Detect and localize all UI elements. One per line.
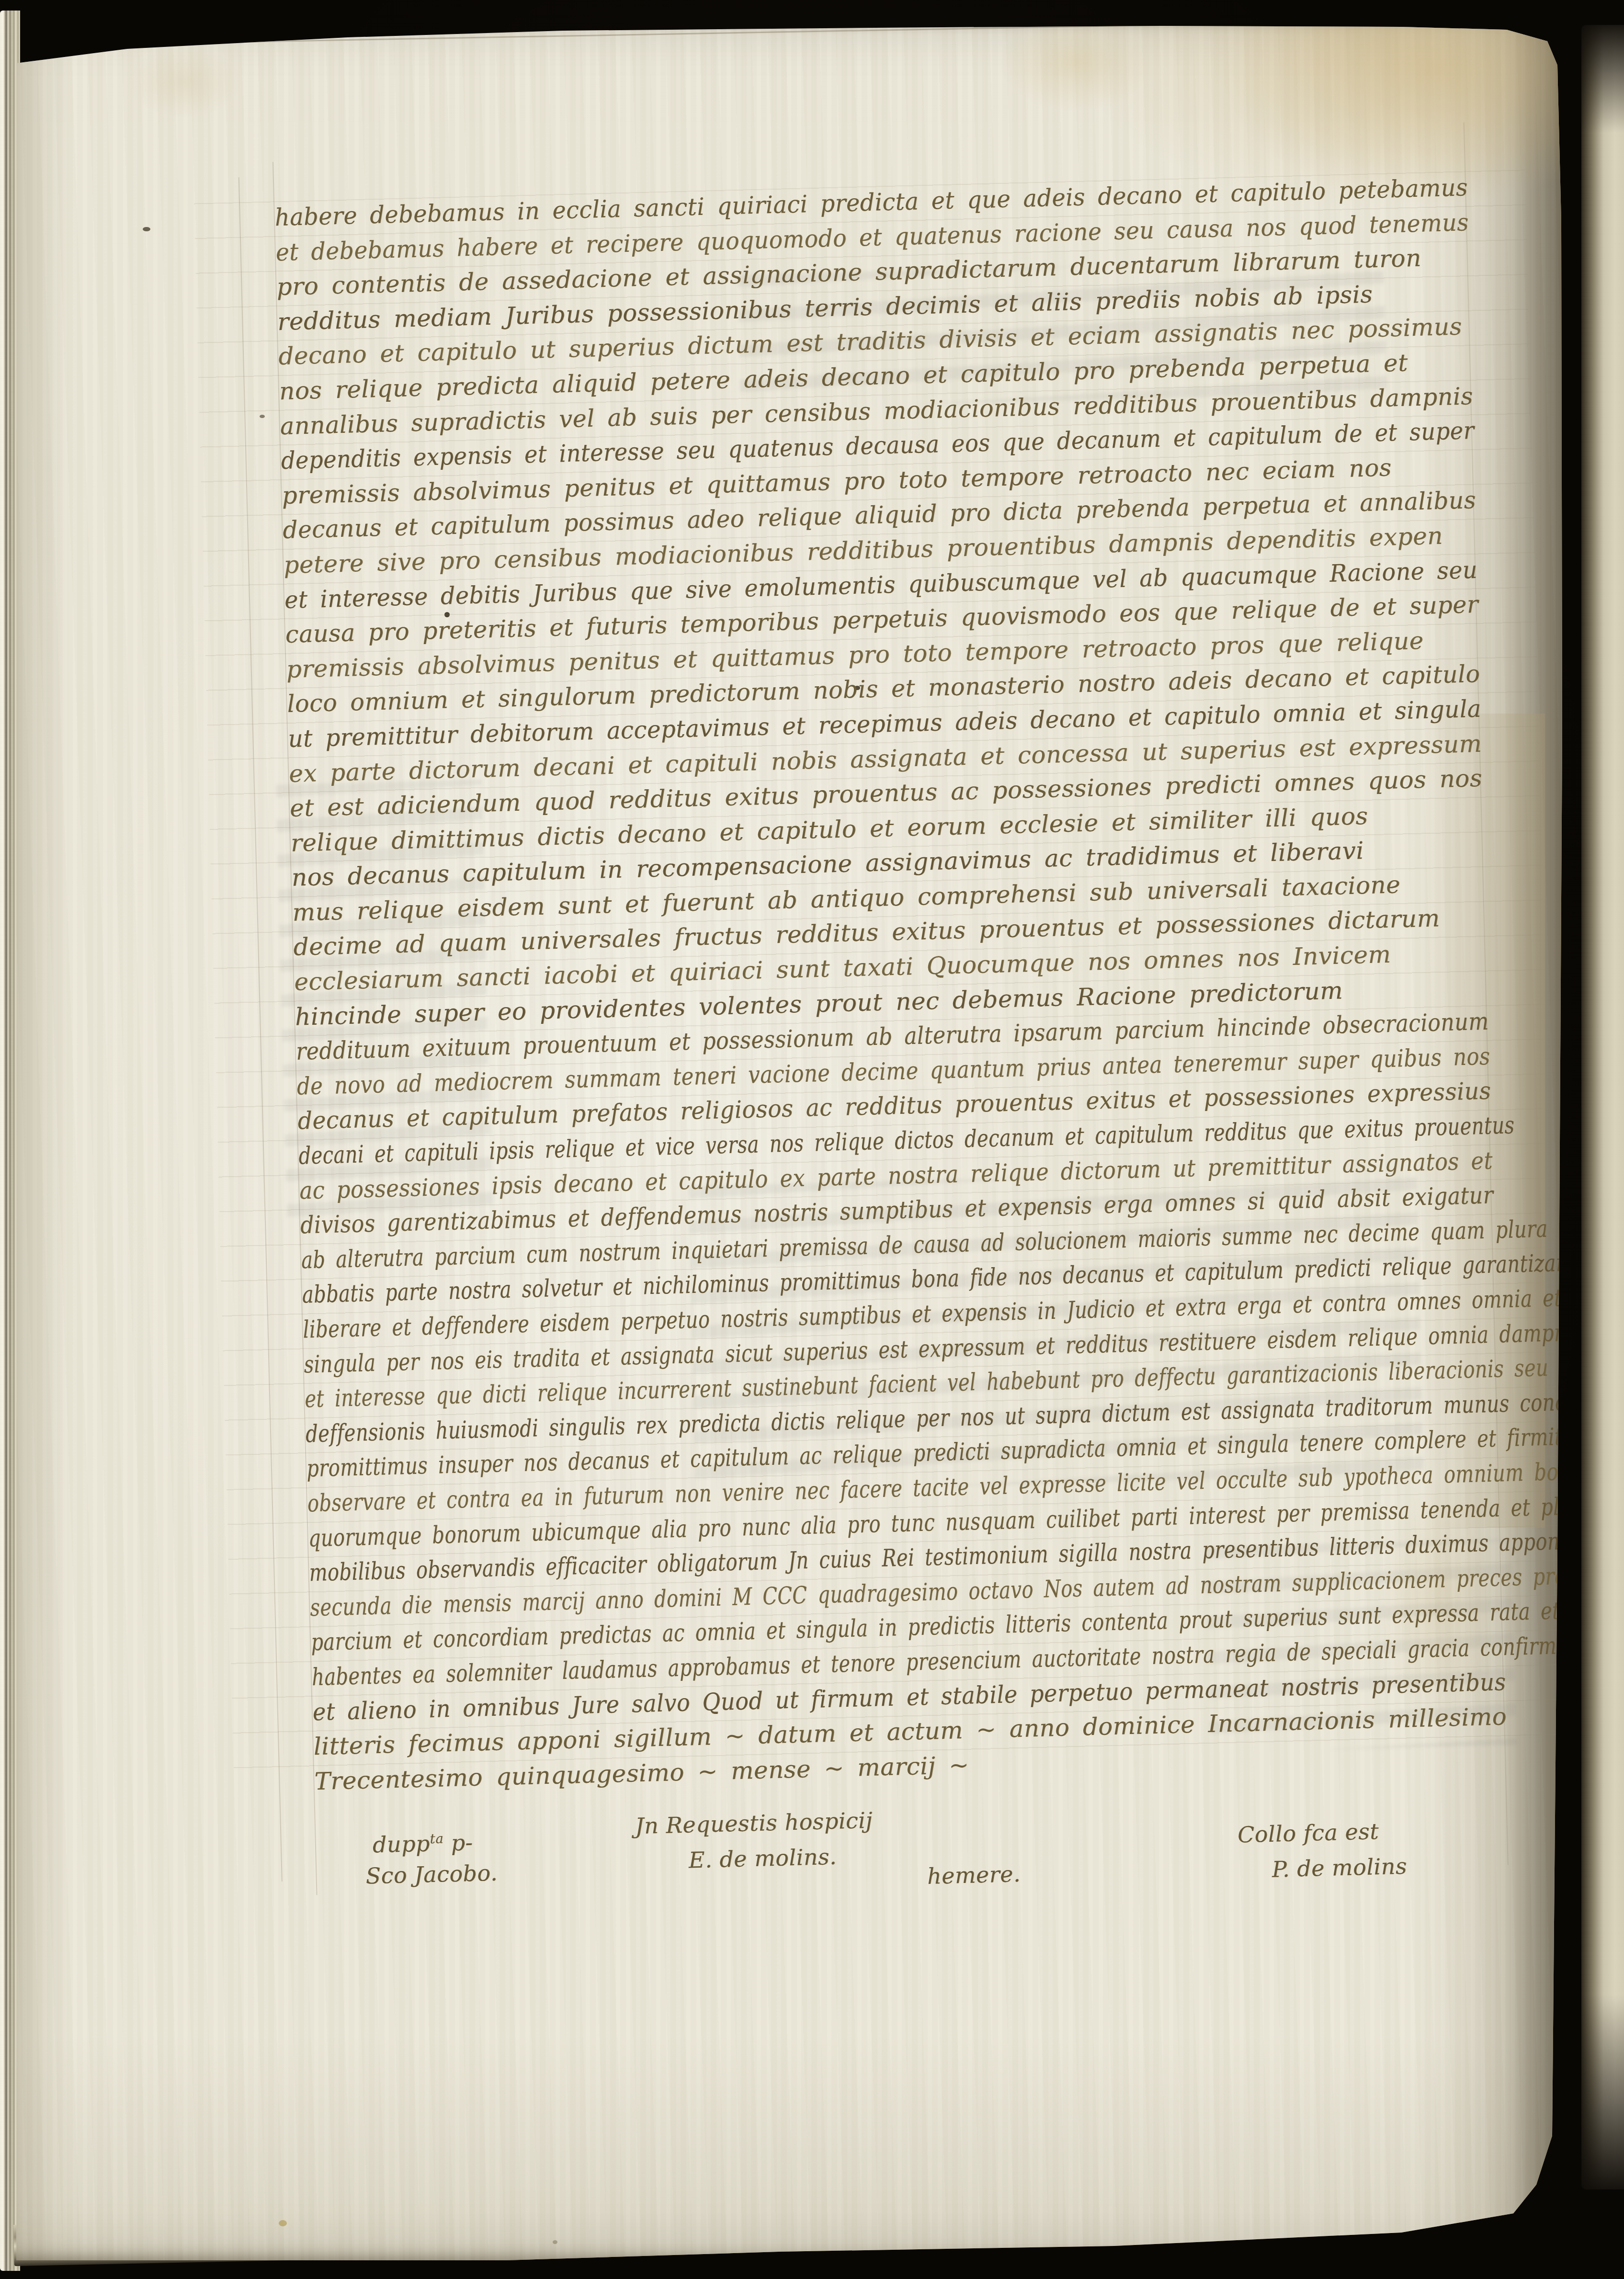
signature-line: duppta p-	[364, 1820, 497, 1859]
page-content-layer: habere debebamus in ecclia sancti quiria…	[0, 0, 1594, 2266]
text-block: habere debebamus in ecclia sancti quiria…	[274, 170, 1508, 1799]
signature-line: Sco Jacobo.	[365, 1855, 498, 1894]
signature-superscript: ta	[430, 1830, 443, 1847]
manuscript-page: habere debebamus in ecclia sancti quiria…	[12, 19, 1562, 2260]
signature-note-left: duppta p- Sco Jacobo.	[364, 1820, 498, 1894]
facing-page-gutter-edge	[1581, 25, 1624, 2189]
signature-line: P. de molins	[1238, 1848, 1408, 1888]
signature-line: E. de molins.	[636, 1838, 874, 1880]
signature-text: p-	[443, 1829, 473, 1856]
left-margin-ruling-line	[238, 177, 283, 1882]
signature-line: hemere.	[927, 1856, 1021, 1894]
signature-note-middle: Jn Requestis hospicij E. de molins.	[635, 1803, 874, 1880]
signature-note-collation: Collo fca est P. de molins	[1237, 1813, 1408, 1888]
signature-line: Collo fca est	[1237, 1813, 1407, 1853]
photo-backdrop: habere debebamus in ecclia sancti quiria…	[0, 0, 1624, 2279]
signature-line: Jn Requestis hospicij	[635, 1803, 873, 1844]
signature-note-witness: hemere.	[927, 1856, 1021, 1894]
signature-text: dupp	[372, 1831, 430, 1858]
